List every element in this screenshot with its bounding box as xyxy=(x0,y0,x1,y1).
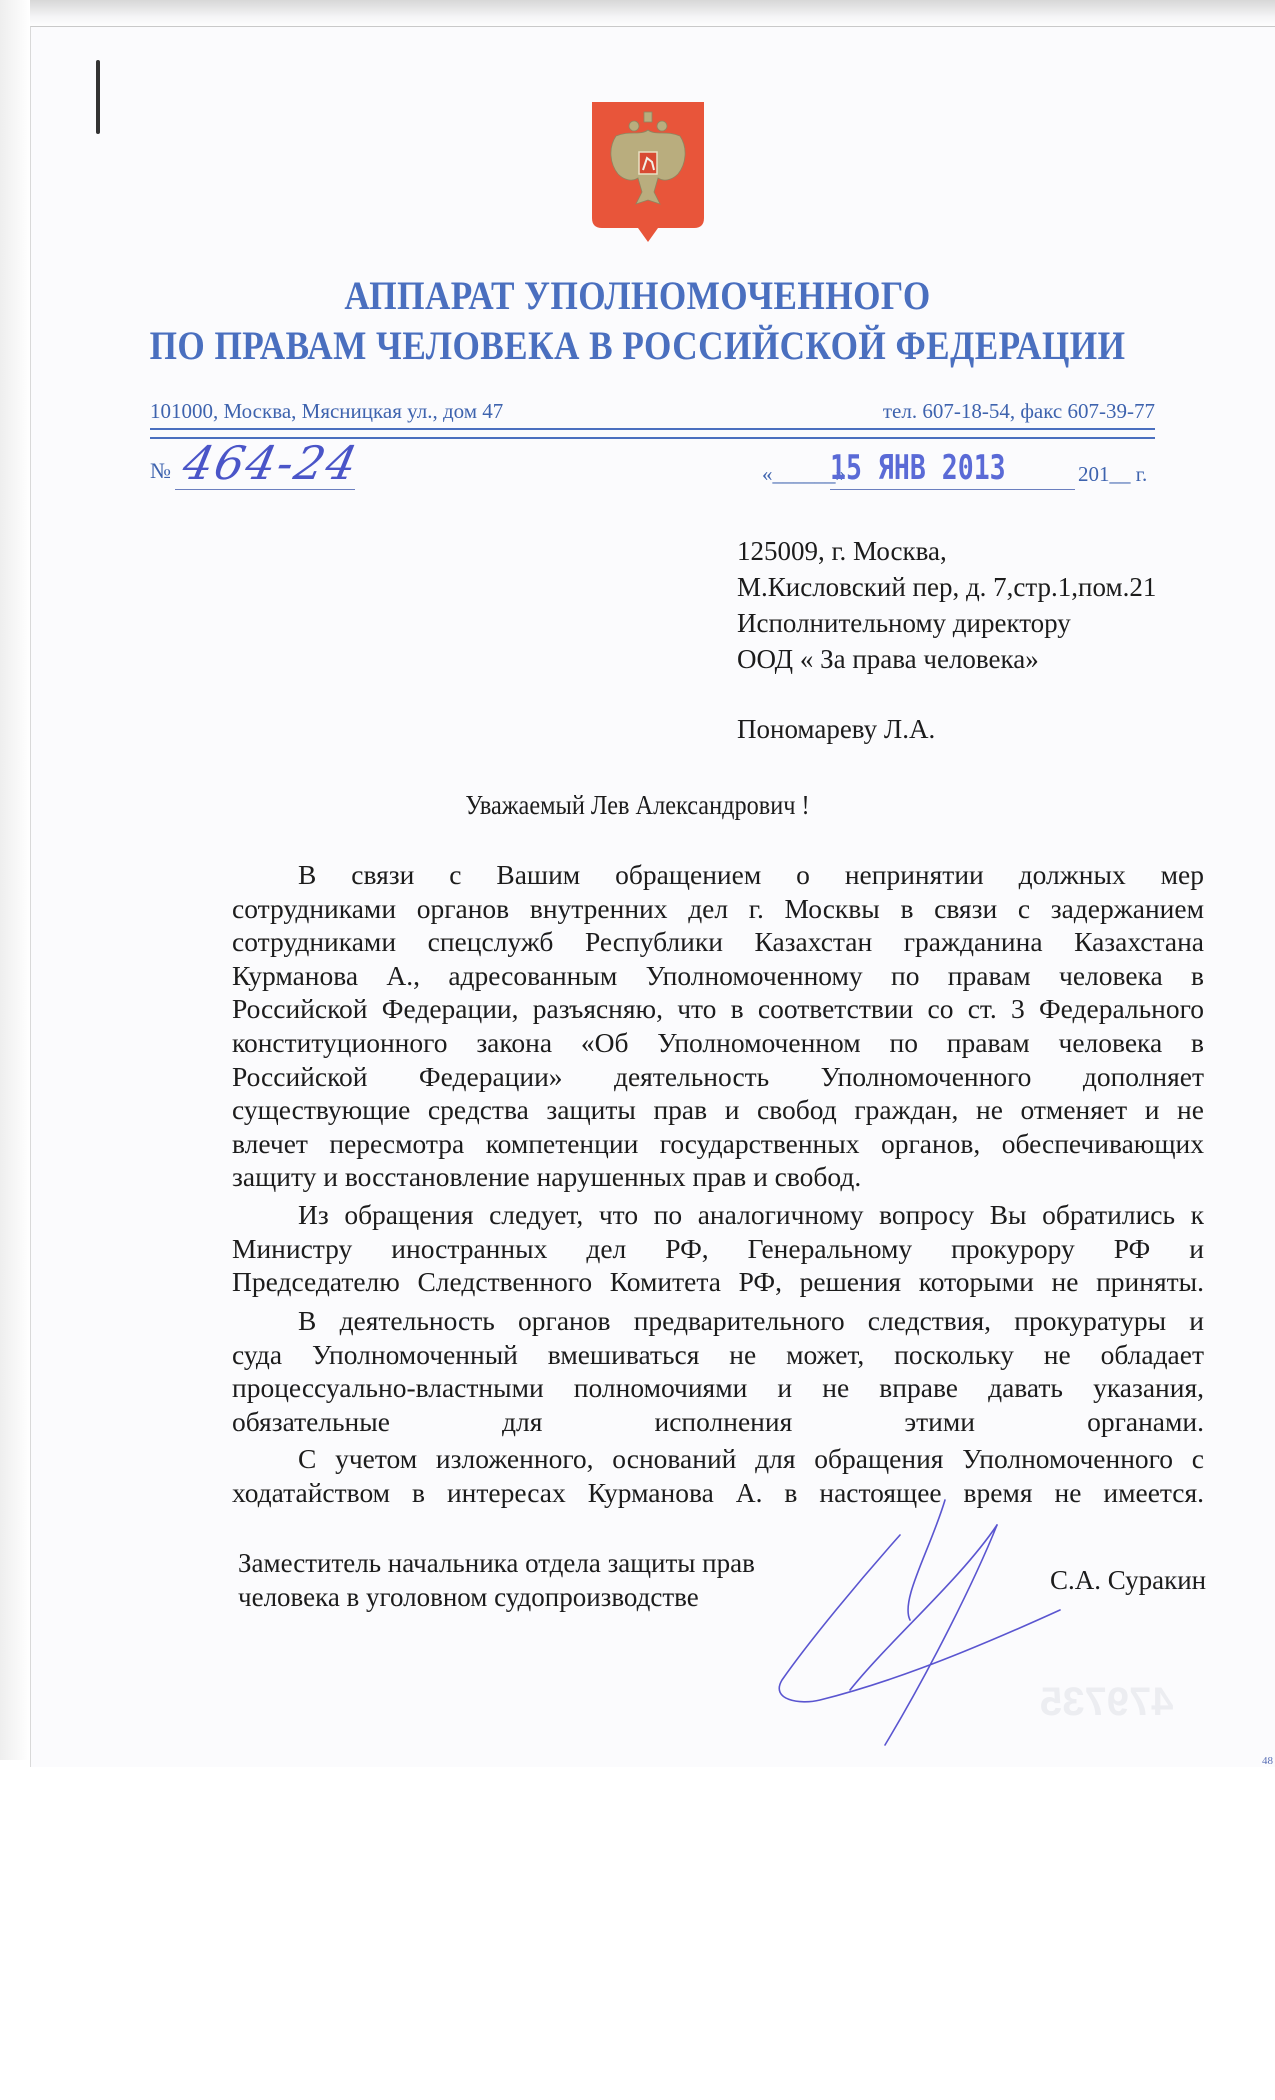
body-line: сотрудниками спецслужб Республики Казахс… xyxy=(232,925,1204,959)
recipient-organization-line: ООД « За права человека» xyxy=(737,644,1039,675)
body-line: С учетом изложенного, оснований для обра… xyxy=(232,1442,1204,1476)
reference-number-handwritten: 464-24 xyxy=(178,436,363,490)
body-line: сотрудниками органов внутренних дел г. М… xyxy=(232,892,1204,926)
header-divider-top xyxy=(150,428,1155,430)
reference-number-underline xyxy=(175,489,355,490)
body-line: Председателю Следственного Комитета РФ, … xyxy=(232,1265,1204,1299)
date-year-field: 201__ г. xyxy=(1078,462,1147,487)
body-line: процессуально-властными полномочиями и н… xyxy=(232,1371,1204,1405)
page-number: 48 xyxy=(1262,1755,1273,1767)
body-line: Курманова А., адресованным Уполномоченно… xyxy=(232,959,1204,993)
staple-mark xyxy=(96,60,100,134)
date-underline xyxy=(830,489,1075,490)
scan-left-edge xyxy=(0,0,30,1760)
body-line: защиту и восстановление нарушенных прав … xyxy=(232,1160,1204,1194)
organization-title-line1: АППАРАТ УПОЛНОМОЧЕННОГО xyxy=(77,272,1199,319)
organization-title-line2: ПО ПРАВАМ ЧЕЛОВЕКА В РОССИЙСКОЙ ФЕДЕРАЦИ… xyxy=(77,322,1199,369)
reference-number-label: № xyxy=(150,458,171,484)
coat-of-arms-icon xyxy=(590,100,706,242)
body-paragraph-2: Из обращения следует, что по аналогичном… xyxy=(232,1198,1204,1299)
salutation: Уважаемый Лев Александрович ! xyxy=(64,790,1212,821)
date-stamp: 15 ЯНВ 2013 xyxy=(830,448,1006,488)
body-line: Российской Федерации» деятельность Уполн… xyxy=(232,1060,1204,1094)
recipient-name: Пономареву Л.А. xyxy=(737,714,935,745)
body-line: В связи с Вашим обращением о непринятии … xyxy=(232,858,1204,892)
handwritten-signature-icon xyxy=(760,1490,1090,1760)
body-paragraph-1: В связи с Вашим обращением о непринятии … xyxy=(232,858,1204,1194)
scan-top-edge xyxy=(0,0,1275,28)
body-line: В деятельность органов предварительного … xyxy=(232,1304,1204,1338)
body-line: влечет пересмотра компетенции государств… xyxy=(232,1127,1204,1161)
body-line: обязательные для исполнения этими органа… xyxy=(232,1405,1204,1439)
organization-address: 101000, Москва, Мясницкая ул., дом 47 xyxy=(150,399,503,424)
body-line: Министру иностранных дел РФ, Генеральном… xyxy=(232,1232,1204,1266)
recipient-address-line: М.Кисловский пер, д. 7,стр.1,пом.21 xyxy=(737,572,1156,603)
body-line: конституционного закона «Об Уполномоченн… xyxy=(232,1026,1204,1060)
body-line: существующие средства защиты прав и своб… xyxy=(232,1093,1204,1127)
body-line: суда Уполномоченный вмешиваться не может… xyxy=(232,1338,1204,1372)
recipient-title-line: Исполнительному директору xyxy=(737,608,1071,639)
body-line: Из обращения следует, что по аналогичном… xyxy=(232,1198,1204,1232)
body-line: Российской Федерации, разъясняю, что в с… xyxy=(232,992,1204,1026)
signatory-position-line1: Заместитель начальника отдела защиты пра… xyxy=(238,1548,755,1579)
body-paragraph-3: В деятельность органов предварительного … xyxy=(232,1304,1204,1438)
organization-phone-fax: тел. 607-18-54, факс 607-39-77 xyxy=(883,399,1155,424)
recipient-address-line: 125009, г. Москва, xyxy=(737,536,947,567)
signatory-position-line2: человека в уголовном судопроизводстве xyxy=(238,1582,699,1613)
